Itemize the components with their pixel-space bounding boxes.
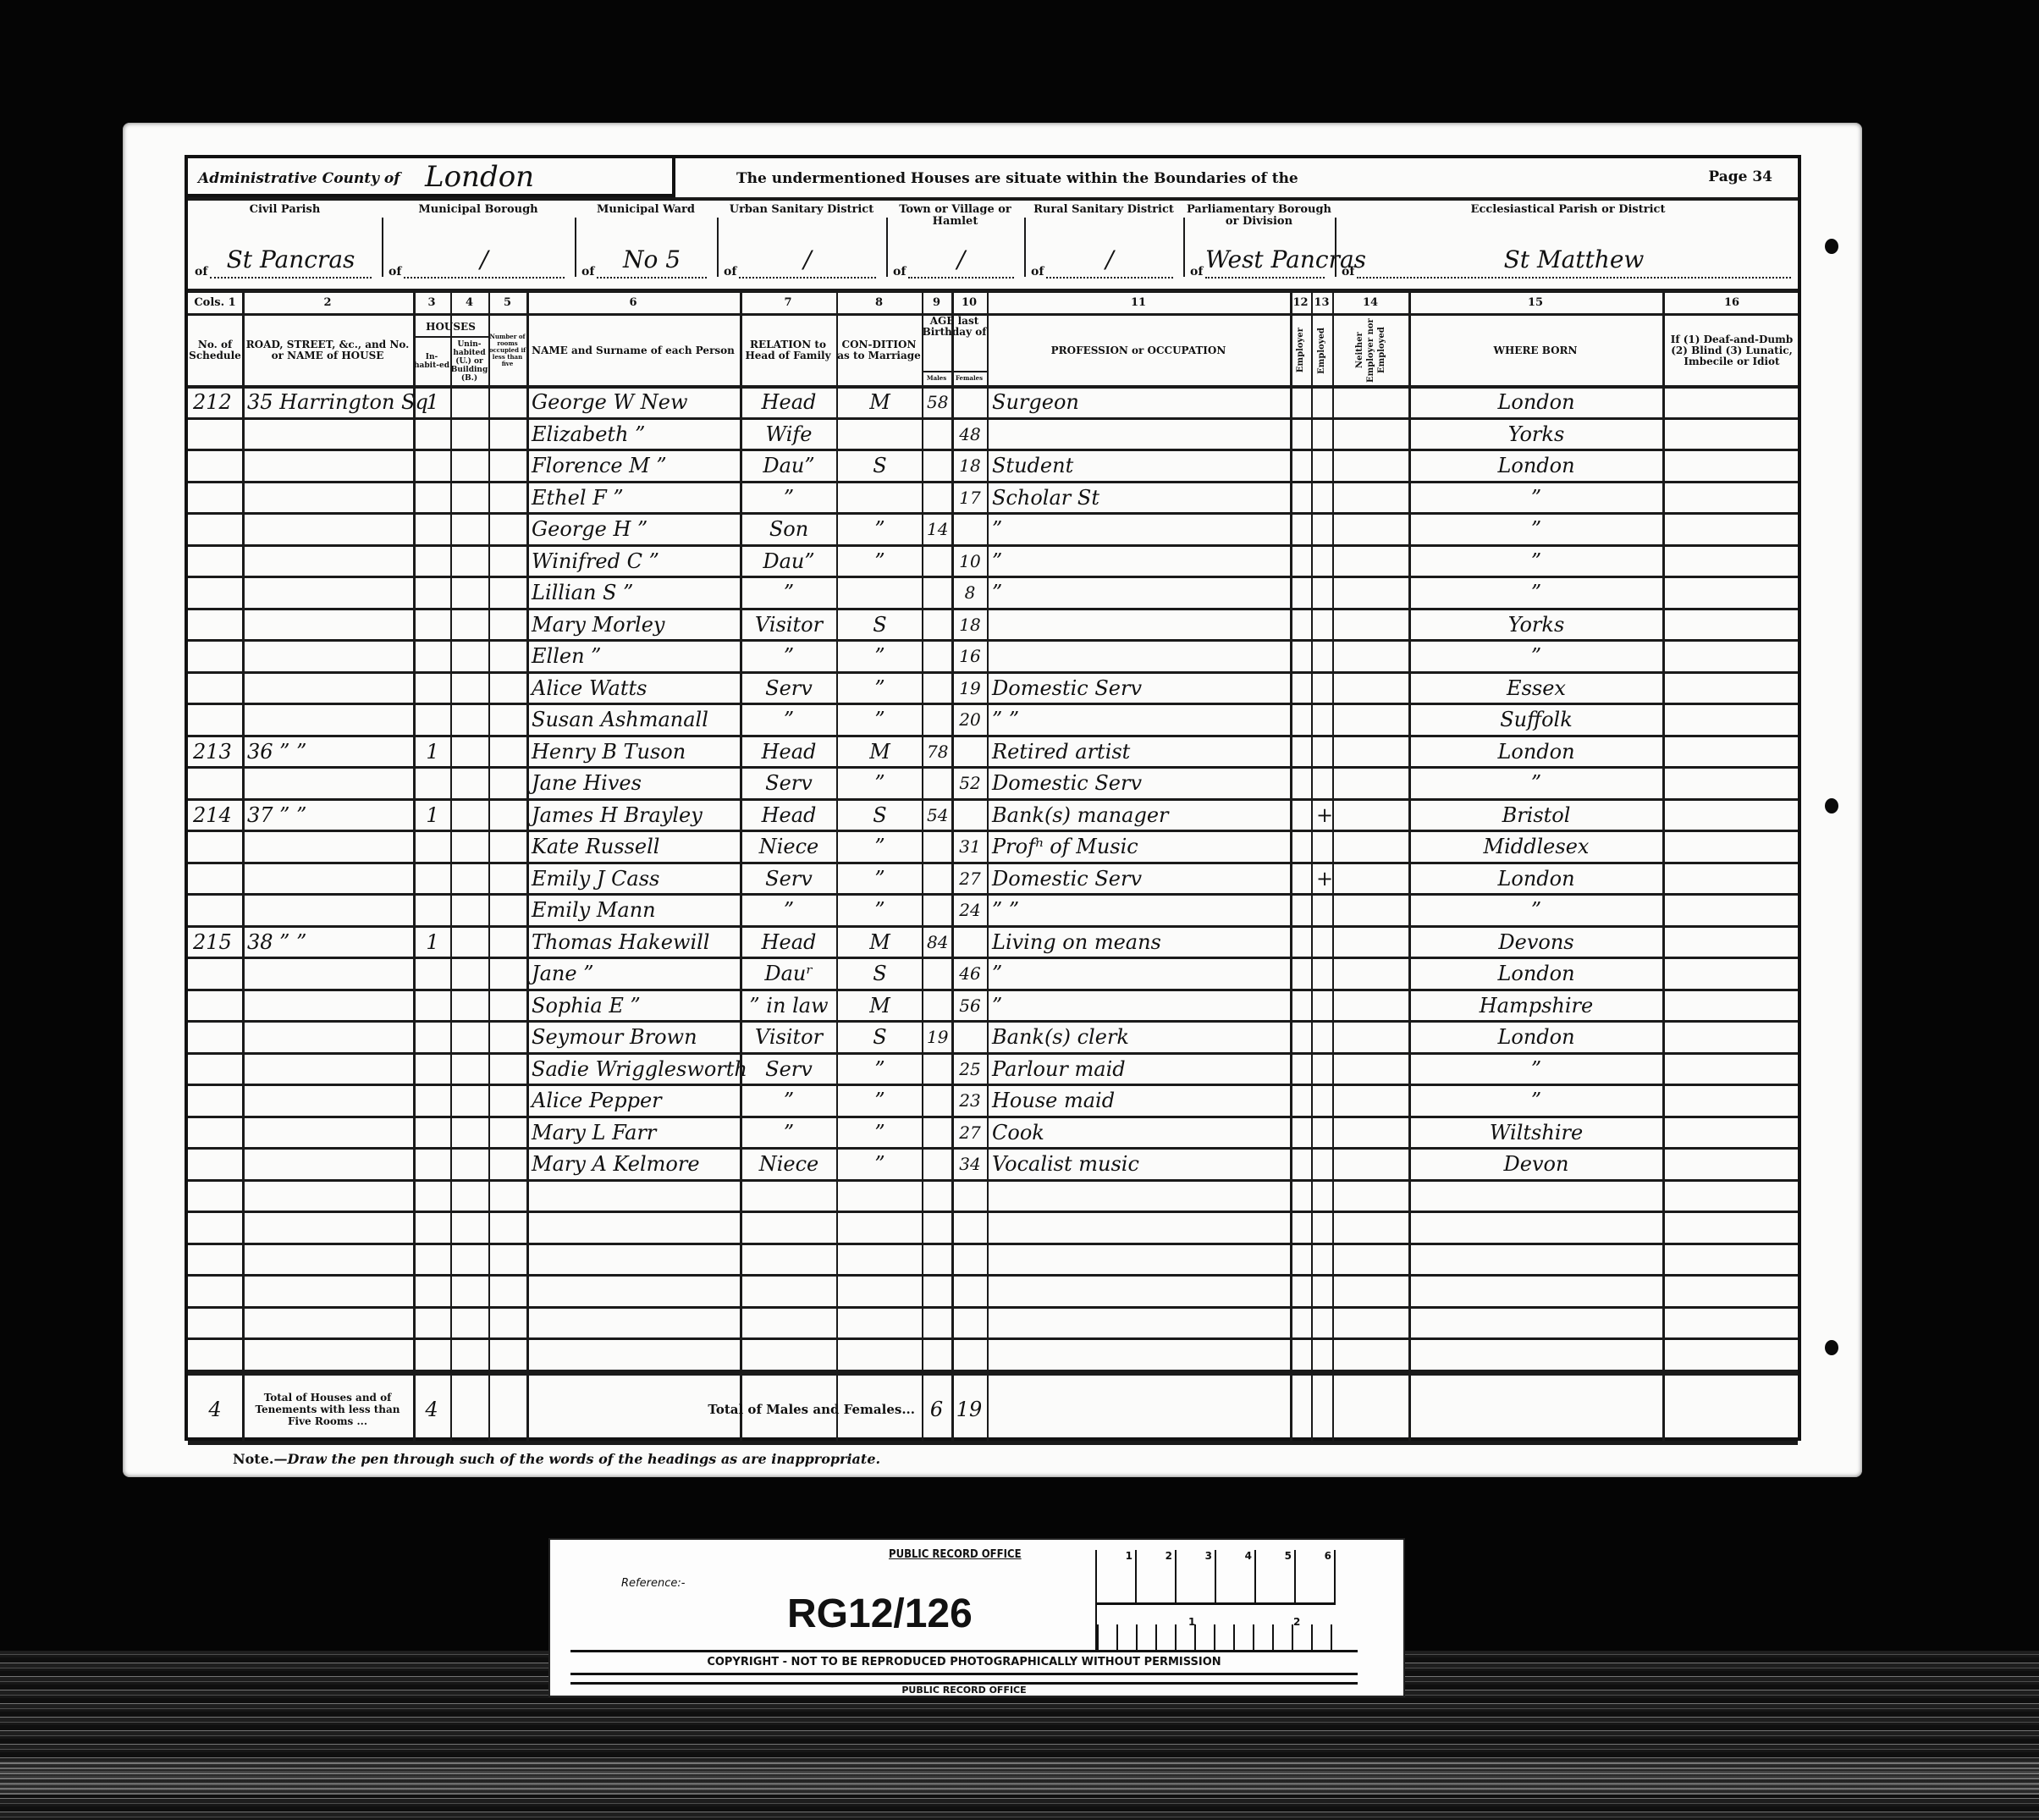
header-occupation: PROFESSION or OCCUPATION bbox=[987, 316, 1290, 385]
marital-condition: ” bbox=[841, 768, 918, 799]
schedule-number bbox=[193, 483, 239, 514]
age-female bbox=[956, 927, 984, 958]
neither-mark bbox=[1337, 895, 1405, 926]
admin-county-value: London bbox=[425, 160, 645, 196]
person-name: Thomas Hakewill bbox=[532, 927, 736, 958]
schedule-number bbox=[193, 1117, 239, 1149]
total-houses-value: 4 bbox=[413, 1380, 450, 1439]
column-divider bbox=[1311, 290, 1313, 1441]
relation: Wife bbox=[745, 419, 833, 450]
relation: ” bbox=[745, 704, 833, 736]
occupation: Retired artist bbox=[992, 736, 1287, 768]
houses-inhabited bbox=[418, 673, 447, 704]
houses-inhabited bbox=[418, 704, 447, 736]
column-number: 8 bbox=[836, 294, 922, 312]
row-divider bbox=[188, 1371, 1798, 1376]
age-male bbox=[927, 990, 948, 1022]
birthplace: Suffolk bbox=[1414, 704, 1659, 736]
relation: Serv bbox=[745, 863, 833, 895]
row-divider bbox=[188, 1243, 1798, 1245]
age-male bbox=[927, 863, 948, 895]
age-male bbox=[927, 641, 948, 672]
occupation bbox=[992, 641, 1287, 672]
address: 37 ” ” bbox=[247, 800, 410, 831]
occupation: ” bbox=[992, 577, 1287, 609]
neither-mark bbox=[1337, 1022, 1405, 1053]
age-male bbox=[927, 483, 948, 514]
houses-inhabited bbox=[418, 1117, 447, 1149]
person-name: Ellen ” bbox=[532, 641, 736, 672]
person-name: Alice Pepper bbox=[532, 1085, 736, 1117]
employer-mark bbox=[1295, 831, 1308, 863]
marital-condition: S bbox=[841, 450, 918, 482]
column-divider bbox=[740, 290, 742, 1441]
census-form: Administrative County of London The unde… bbox=[185, 155, 1801, 1441]
occupation: ” ” bbox=[992, 895, 1287, 926]
occupation: House maid bbox=[992, 1085, 1287, 1117]
employed-mark bbox=[1316, 1117, 1329, 1149]
header-where-born: WHERE BORN bbox=[1408, 316, 1662, 385]
occupation: Bank(s) manager bbox=[992, 800, 1287, 831]
of-label: of bbox=[1031, 265, 1044, 279]
divider bbox=[922, 371, 987, 372]
employed-mark bbox=[1316, 831, 1329, 863]
address bbox=[247, 831, 410, 863]
header-age: AGE last Birthday of bbox=[922, 317, 987, 336]
employed-mark: + bbox=[1316, 863, 1329, 895]
person-name: Jane Hives bbox=[532, 768, 736, 799]
column-divider bbox=[987, 290, 989, 1441]
age-female: 20 bbox=[956, 704, 984, 736]
public-record-office-title: PUBLIC RECORD OFFICE bbox=[889, 1548, 1022, 1561]
district-value: / bbox=[404, 243, 565, 279]
employed-mark bbox=[1316, 577, 1329, 609]
person-name: James H Brayley bbox=[532, 800, 736, 831]
neither-mark bbox=[1337, 450, 1405, 482]
employed-mark bbox=[1316, 927, 1329, 958]
relation: ” bbox=[745, 895, 833, 926]
header-uninhabited: Unin-habited (U.) or Building (B.) bbox=[450, 338, 488, 385]
column-number: 9 bbox=[922, 294, 951, 312]
occupation bbox=[992, 609, 1287, 641]
birthplace: ” bbox=[1414, 895, 1659, 926]
birthplace: Wiltshire bbox=[1414, 1117, 1659, 1149]
birthplace: Bristol bbox=[1414, 800, 1659, 831]
neither-mark bbox=[1337, 768, 1405, 799]
address bbox=[247, 1117, 410, 1149]
district-label: Civil Parish bbox=[188, 204, 382, 216]
houses-inhabited: 1 bbox=[418, 387, 447, 418]
schedule-number bbox=[193, 831, 239, 863]
marital-condition: M bbox=[841, 736, 918, 768]
age-female: 19 bbox=[956, 673, 984, 704]
column-divider bbox=[1662, 290, 1665, 1441]
header-schedule-text: No. of Schedule bbox=[188, 339, 242, 361]
address bbox=[247, 704, 410, 736]
age-female: 56 bbox=[956, 990, 984, 1022]
schedule-number bbox=[193, 450, 239, 482]
employer-mark bbox=[1295, 419, 1308, 450]
age-female: 46 bbox=[956, 958, 984, 990]
ruler-cm-mark: 6 bbox=[1296, 1550, 1336, 1602]
ruler-cm-mark: 5 bbox=[1256, 1550, 1296, 1602]
age-female bbox=[956, 387, 984, 418]
schedule-number bbox=[193, 895, 239, 926]
neither-mark bbox=[1337, 704, 1405, 736]
person-name: George H ” bbox=[532, 514, 736, 545]
divider bbox=[188, 289, 1798, 293]
address bbox=[247, 577, 410, 609]
employed-mark bbox=[1316, 419, 1329, 450]
of-label: of bbox=[1342, 265, 1354, 279]
neither-mark bbox=[1337, 514, 1405, 545]
of-label: of bbox=[389, 265, 401, 279]
header-inhabited: In-habit-ed bbox=[413, 338, 450, 385]
schedule-number bbox=[193, 1054, 239, 1085]
header-rooms: Number of rooms occupied if less than fi… bbox=[488, 316, 526, 385]
birthplace: London bbox=[1414, 736, 1659, 768]
employer-mark bbox=[1295, 673, 1308, 704]
ruler-cm-mark: 3 bbox=[1177, 1550, 1216, 1602]
age-male: 84 bbox=[927, 927, 948, 958]
header-condition-text: CON-DITION as to Marriage bbox=[836, 339, 922, 361]
houses-inhabited bbox=[418, 419, 447, 450]
occupation: ” bbox=[992, 514, 1287, 545]
column-number: 10 bbox=[951, 294, 987, 312]
person-name: Susan Ashmanall bbox=[532, 704, 736, 736]
schedule-number: 215 bbox=[193, 927, 239, 958]
address bbox=[247, 895, 410, 926]
district-municipal-ward: Municipal Ward of No 5 bbox=[575, 201, 717, 290]
column-number: 6 bbox=[526, 294, 740, 312]
relation: Serv bbox=[745, 1054, 833, 1085]
address bbox=[247, 1022, 410, 1053]
person-name: Mary Morley bbox=[532, 609, 736, 641]
birthplace: ” bbox=[1414, 1085, 1659, 1117]
age-female: 23 bbox=[956, 1085, 984, 1117]
schedule-number bbox=[193, 1085, 239, 1117]
houses-inhabited: 1 bbox=[418, 927, 447, 958]
column-divider bbox=[1290, 290, 1292, 1441]
district-ecclesiastical-parish-or-district: Ecclesiastical Parish or District of St … bbox=[1335, 201, 1801, 290]
person-name: Sadie Wrigglesworth bbox=[532, 1054, 736, 1085]
houses-inhabited bbox=[418, 514, 447, 545]
reference-value: RG12/126 bbox=[787, 1591, 973, 1637]
occupation: ” bbox=[992, 958, 1287, 990]
schedule-number bbox=[193, 704, 239, 736]
employed-mark bbox=[1316, 736, 1329, 768]
marital-condition: ” bbox=[841, 1054, 918, 1085]
birthplace: Essex bbox=[1414, 673, 1659, 704]
houses-inhabited bbox=[418, 577, 447, 609]
column-number: 12 bbox=[1290, 294, 1311, 312]
total-schedules: 4 bbox=[188, 1380, 242, 1439]
header-houses-text: HOUSES bbox=[426, 322, 476, 333]
column-number: 5 bbox=[488, 294, 526, 312]
employed-mark bbox=[1316, 1149, 1329, 1180]
occupation: Domestic Serv bbox=[992, 768, 1287, 799]
person-name: Lillian S ” bbox=[532, 577, 736, 609]
occupation: Vocalist music bbox=[992, 1149, 1287, 1180]
binding-hole bbox=[1825, 1340, 1838, 1355]
header-employer: Employer bbox=[1290, 316, 1311, 385]
occupation: Living on means bbox=[992, 927, 1287, 958]
header-schedule: No. of Schedule bbox=[188, 316, 242, 385]
column-divider bbox=[1332, 290, 1334, 1441]
header-address-text: ROAD, STREET, &c., and No. or NAME of HO… bbox=[242, 339, 413, 361]
address bbox=[247, 673, 410, 704]
schedule-number bbox=[193, 1022, 239, 1053]
schedule-number bbox=[193, 546, 239, 577]
address bbox=[247, 1054, 410, 1085]
employer-mark bbox=[1295, 958, 1308, 990]
address: 36 ” ” bbox=[247, 736, 410, 768]
person-name: Sophia E ” bbox=[532, 990, 736, 1022]
marital-condition: ” bbox=[841, 704, 918, 736]
of-label: of bbox=[581, 265, 594, 279]
schedule-number bbox=[193, 419, 239, 450]
address bbox=[247, 450, 410, 482]
houses-inhabited bbox=[418, 895, 447, 926]
district-label: Town or Village or Hamlet bbox=[886, 204, 1024, 228]
age-female bbox=[956, 736, 984, 768]
age-female: 24 bbox=[956, 895, 984, 926]
employed-mark bbox=[1316, 1022, 1329, 1053]
person-name: Emily Mann bbox=[532, 895, 736, 926]
district-value: St Pancras bbox=[210, 243, 372, 279]
age-male: 58 bbox=[927, 387, 948, 418]
person-name: Ethel F ” bbox=[532, 483, 736, 514]
relation: Niece bbox=[745, 831, 833, 863]
employed-mark bbox=[1316, 450, 1329, 482]
employer-mark bbox=[1295, 1117, 1308, 1149]
employer-mark bbox=[1295, 577, 1308, 609]
total-houses-label: Total of Houses and of Tenements with le… bbox=[245, 1380, 410, 1439]
relation: ” bbox=[745, 1117, 833, 1149]
neither-mark bbox=[1337, 609, 1405, 641]
age-male: 14 bbox=[927, 514, 948, 545]
employer-mark bbox=[1295, 863, 1308, 895]
address bbox=[247, 514, 410, 545]
age-male: 19 bbox=[927, 1022, 948, 1053]
occupation: Domestic Serv bbox=[992, 863, 1287, 895]
header-relation-text: RELATION to Head of Family bbox=[740, 339, 836, 361]
district-label: Municipal Ward bbox=[575, 204, 717, 216]
employed-mark bbox=[1316, 958, 1329, 990]
header-rooms-text: Number of rooms occupied if less than fi… bbox=[488, 334, 526, 367]
age-female: 31 bbox=[956, 831, 984, 863]
employer-mark bbox=[1295, 927, 1308, 958]
age-female: 27 bbox=[956, 863, 984, 895]
binding-hole bbox=[1825, 798, 1838, 813]
marital-condition: S bbox=[841, 609, 918, 641]
ruler-cm-mark: 4 bbox=[1216, 1550, 1256, 1602]
schedule-number bbox=[193, 609, 239, 641]
occupation: Bank(s) clerk bbox=[992, 1022, 1287, 1053]
header-age-females: Females bbox=[951, 372, 987, 383]
marital-condition: ” bbox=[841, 831, 918, 863]
age-female: 16 bbox=[956, 641, 984, 672]
district-value: West Pancras bbox=[1205, 243, 1325, 279]
district-label: Municipal Borough bbox=[382, 204, 575, 216]
relation: Dau” bbox=[745, 546, 833, 577]
person-name: Emily J Cass bbox=[532, 863, 736, 895]
header-houses: HOUSES bbox=[413, 317, 488, 336]
houses-inhabited bbox=[418, 609, 447, 641]
total-males: 6 bbox=[922, 1380, 951, 1439]
person-name: George W New bbox=[532, 387, 736, 418]
undermentioned-text: The undermentioned Houses are situate wi… bbox=[736, 170, 1298, 187]
neither-mark bbox=[1337, 1117, 1405, 1149]
marital-condition: S bbox=[841, 800, 918, 831]
occupation: Student bbox=[992, 450, 1287, 482]
marital-condition: ” bbox=[841, 546, 918, 577]
address bbox=[247, 609, 410, 641]
header-uninhabited-text: Unin-habited (U.) or Building (B.) bbox=[450, 340, 488, 383]
employed-mark bbox=[1316, 514, 1329, 545]
district-value: / bbox=[908, 243, 1014, 279]
marital-condition: ” bbox=[841, 1085, 918, 1117]
age-female: 25 bbox=[956, 1054, 984, 1085]
district-value: No 5 bbox=[597, 243, 707, 279]
address bbox=[247, 483, 410, 514]
age-male bbox=[927, 1149, 948, 1180]
birthplace: London bbox=[1414, 863, 1659, 895]
relation: ” bbox=[745, 577, 833, 609]
employer-mark bbox=[1295, 1085, 1308, 1117]
header-infirmity-text: If (1) Deaf-and-Dumb (2) Blind (3) Lunat… bbox=[1662, 334, 1801, 367]
employer-mark bbox=[1295, 1149, 1308, 1180]
neither-mark bbox=[1337, 927, 1405, 958]
employer-mark bbox=[1295, 736, 1308, 768]
employed-mark bbox=[1316, 1054, 1329, 1085]
birthplace: London bbox=[1414, 387, 1659, 418]
person-name: Henry B Tuson bbox=[532, 736, 736, 768]
ruler-cm-mark: 2 bbox=[1137, 1550, 1177, 1602]
address bbox=[247, 641, 410, 672]
column-divider bbox=[1408, 290, 1411, 1441]
schedule-number bbox=[193, 514, 239, 545]
age-female bbox=[956, 514, 984, 545]
marital-condition bbox=[841, 577, 918, 609]
district-parliamentary-borough-or-division: Parliamentary Borough or Division of Wes… bbox=[1183, 201, 1335, 290]
marital-condition: ” bbox=[841, 1149, 918, 1180]
person-name: Alice Watts bbox=[532, 673, 736, 704]
marital-condition: M bbox=[841, 927, 918, 958]
header-address: ROAD, STREET, &c., and No. or NAME of HO… bbox=[242, 316, 413, 385]
occupation: Domestic Serv bbox=[992, 673, 1287, 704]
neither-mark bbox=[1337, 387, 1405, 418]
houses-inhabited bbox=[418, 1149, 447, 1180]
houses-inhabited bbox=[418, 863, 447, 895]
ruler-inch-2: 2 bbox=[1293, 1616, 1300, 1628]
houses-inhabited bbox=[418, 483, 447, 514]
birthplace: ” bbox=[1414, 641, 1659, 672]
district-label: Parliamentary Borough or Division bbox=[1183, 204, 1335, 228]
person-name: Mary L Farr bbox=[532, 1117, 736, 1149]
age-female: 52 bbox=[956, 768, 984, 799]
age-male bbox=[927, 831, 948, 863]
birthplace: ” bbox=[1414, 483, 1659, 514]
houses-inhabited bbox=[418, 1022, 447, 1053]
schedule-number bbox=[193, 577, 239, 609]
person-name: Jane ” bbox=[532, 958, 736, 990]
address bbox=[247, 990, 410, 1022]
column-divider bbox=[488, 290, 490, 1441]
age-female: 8 bbox=[956, 577, 984, 609]
schedule-number bbox=[193, 958, 239, 990]
relation: Head bbox=[745, 927, 833, 958]
relation: Visitor bbox=[745, 1022, 833, 1053]
age-male bbox=[927, 609, 948, 641]
age-male bbox=[927, 958, 948, 990]
birthplace: ” bbox=[1414, 514, 1659, 545]
houses-inhabited bbox=[418, 831, 447, 863]
employed-mark bbox=[1316, 673, 1329, 704]
district-municipal-borough: Municipal Borough of / bbox=[382, 201, 575, 290]
marital-condition: M bbox=[841, 990, 918, 1022]
houses-inhabited bbox=[418, 768, 447, 799]
age-female: 34 bbox=[956, 1149, 984, 1180]
employer-mark bbox=[1295, 704, 1308, 736]
relation: Serv bbox=[745, 673, 833, 704]
address: 35 Harrington Sq bbox=[247, 387, 410, 418]
relation: ” bbox=[745, 1085, 833, 1117]
column-number: 14 bbox=[1332, 294, 1408, 312]
marital-condition: S bbox=[841, 1022, 918, 1053]
neither-mark bbox=[1337, 800, 1405, 831]
of-label: of bbox=[195, 265, 207, 279]
employer-mark bbox=[1295, 514, 1308, 545]
employed-mark bbox=[1316, 387, 1329, 418]
employer-mark bbox=[1295, 546, 1308, 577]
scale-ruler: 123456 1 2 bbox=[1095, 1550, 1336, 1650]
houses-inhabited bbox=[418, 990, 447, 1022]
header-age-males: Males bbox=[922, 372, 951, 383]
age-male bbox=[927, 577, 948, 609]
marital-condition: ” bbox=[841, 1117, 918, 1149]
page-number: Page 34 bbox=[1708, 168, 1772, 185]
neither-mark bbox=[1337, 577, 1405, 609]
schedule-number bbox=[193, 1149, 239, 1180]
divider bbox=[413, 336, 488, 338]
age-male bbox=[927, 1054, 948, 1085]
schedule-number bbox=[193, 863, 239, 895]
column-divider bbox=[951, 290, 954, 1441]
houses-inhabited bbox=[418, 641, 447, 672]
birthplace: Hampshire bbox=[1414, 990, 1659, 1022]
district-label: Urban Sanitary District bbox=[717, 204, 886, 216]
age-female: 27 bbox=[956, 1117, 984, 1149]
occupation: ” ” bbox=[992, 704, 1287, 736]
of-label: of bbox=[1190, 265, 1203, 279]
houses-inhabited bbox=[418, 958, 447, 990]
header-employed: Employed bbox=[1311, 316, 1332, 385]
employed-mark bbox=[1316, 704, 1329, 736]
birthplace: ” bbox=[1414, 768, 1659, 799]
person-name: Seymour Brown bbox=[532, 1022, 736, 1053]
relation: Serv bbox=[745, 768, 833, 799]
row-divider bbox=[188, 1441, 1798, 1445]
marital-condition bbox=[841, 483, 918, 514]
employer-mark bbox=[1295, 990, 1308, 1022]
district-value: St Matthew bbox=[1357, 243, 1791, 279]
header-neither: Neither Employer nor Employed bbox=[1332, 316, 1408, 385]
age-male bbox=[927, 673, 948, 704]
relation: Head bbox=[745, 736, 833, 768]
schedule-number: 212 bbox=[193, 387, 239, 418]
houses-inhabited: 1 bbox=[418, 736, 447, 768]
